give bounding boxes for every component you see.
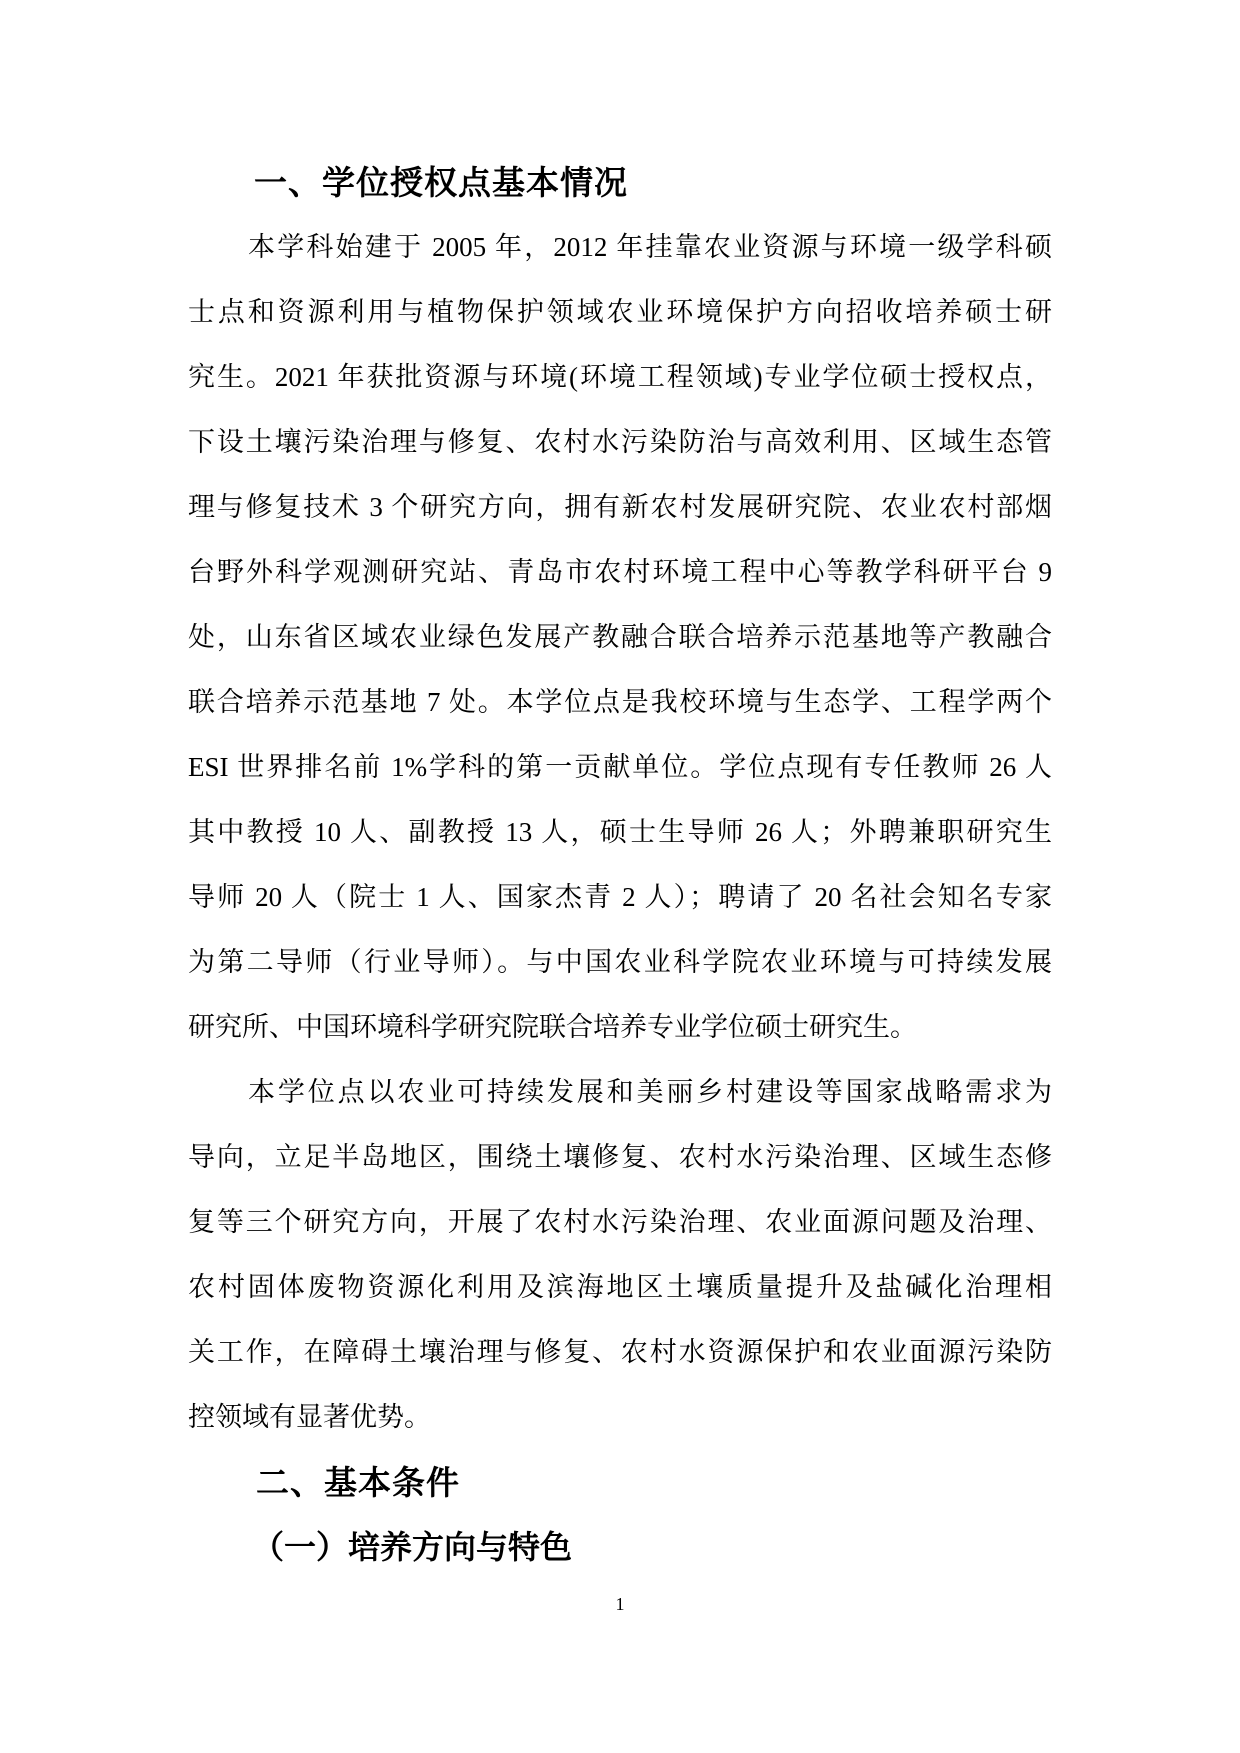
content-column: 一、学位授权点基本情况 本学科始建于 2005 年，2012 年挂靠农业资源与环… <box>188 150 1052 1580</box>
paragraph-2: 本学位点以农业可持续发展和美丽乡村建设等国家战略需求为 导向，立足半岛地区，围绕… <box>188 1060 1052 1450</box>
body-line: 关工作，在障碍土壤治理与修复、农村水资源保护和农业面源污染防 <box>188 1320 1052 1385</box>
body-line: 本学位点以农业可持续发展和美丽乡村建设等国家战略需求为 <box>188 1060 1052 1125</box>
body-line: 本学科始建于 2005 年，2012 年挂靠农业资源与环境一级学科硕 <box>188 215 1052 280</box>
body-line: 台野外科学观测研究站、青岛市农村环境工程中心等教学科研平台 9 <box>188 540 1052 605</box>
body-line: ESI 世界排名前 1%学科的第一贡献单位。学位点现有专任教师 26 人 <box>188 735 1052 800</box>
body-line: 为第二导师（行业导师）。与中国农业科学院农业环境与可持续发展 <box>188 930 1052 995</box>
document-page: 一、学位授权点基本情况 本学科始建于 2005 年，2012 年挂靠农业资源与环… <box>0 0 1240 1753</box>
subsection-heading-1: （一）培养方向与特色 <box>188 1515 1052 1580</box>
body-line: 控领域有显著优势。 <box>188 1385 1052 1450</box>
section-heading-2: 二、基本条件 <box>188 1450 1052 1515</box>
body-line: 研究所、中国环境科学研究院联合培养专业学位硕士研究生。 <box>188 995 1052 1060</box>
body-line: 下设土壤污染治理与修复、农村水污染防治与高效利用、区域生态管 <box>188 410 1052 475</box>
body-line: 联合培养示范基地 7 处。本学位点是我校环境与生态学、工程学两个 <box>188 670 1052 735</box>
body-line: 导师 20 人（院士 1 人、国家杰青 2 人）；聘请了 20 名社会知名专家 <box>188 865 1052 930</box>
paragraph-1: 本学科始建于 2005 年，2012 年挂靠农业资源与环境一级学科硕 士点和资源… <box>188 215 1052 1060</box>
section-heading-1: 一、学位授权点基本情况 <box>188 150 1052 215</box>
body-line: 其中教授 10 人、副教授 13 人，硕士生导师 26 人；外聘兼职研究生 <box>188 800 1052 865</box>
body-line: 处，山东省区域农业绿色发展产教融合联合培养示范基地等产教融合 <box>188 605 1052 670</box>
body-line: 复等三个研究方向，开展了农村水污染治理、农业面源问题及治理、 <box>188 1190 1052 1255</box>
body-line: 理与修复技术 3 个研究方向，拥有新农村发展研究院、农业农村部烟 <box>188 475 1052 540</box>
body-line: 农村固体废物资源化利用及滨海地区土壤质量提升及盐碱化治理相 <box>188 1255 1052 1320</box>
body-line: 导向，立足半岛地区，围绕土壤修复、农村水污染治理、区域生态修 <box>188 1125 1052 1190</box>
page-number: 1 <box>0 1590 1240 1618</box>
body-line: 士点和资源利用与植物保护领域农业环境保护方向招收培养硕士研 <box>188 280 1052 345</box>
body-line: 究生。2021 年获批资源与环境(环境工程领域)专业学位硕士授权点， <box>188 345 1052 410</box>
